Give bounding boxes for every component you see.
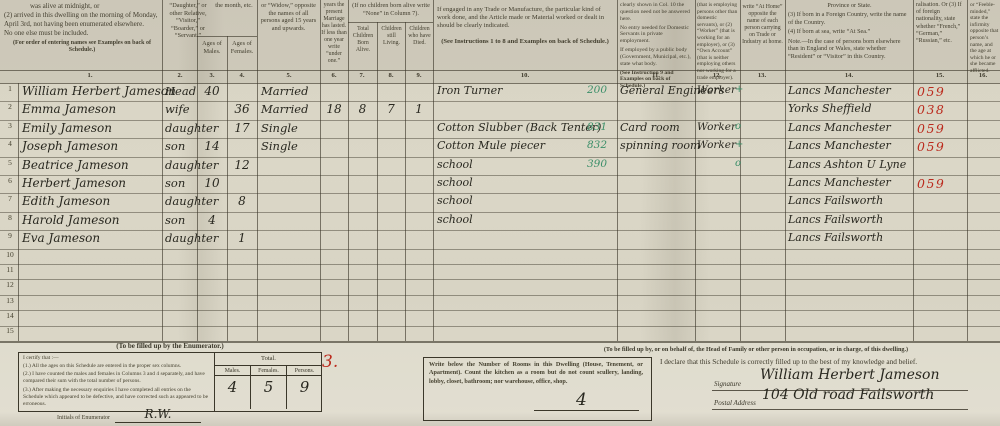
table-row: 4Joseph Jamesonson14SingleCotton Mule pi…	[0, 138, 1000, 156]
header-col2: “Daughter,” or other Relative, “Visitor,…	[164, 2, 212, 40]
persons-value: 9	[287, 376, 322, 396]
cell-age-f: 12	[228, 158, 256, 172]
cell-occupation: Iron Turner	[437, 84, 587, 97]
cell-birthplace: Lancs Manchester	[788, 176, 914, 189]
rooms-value: 4	[576, 390, 587, 410]
empty-table-row: 10	[0, 249, 1000, 264]
header-col16: or “Feeble-minded,” state the infirmity …	[970, 2, 999, 75]
cell-num: 12	[3, 280, 17, 289]
females-value: 5	[251, 376, 286, 396]
certify-item-2: (2.) I have counted the males and female…	[23, 371, 211, 385]
cell-num: 5	[3, 158, 17, 167]
empty-table-row: 15	[0, 325, 1000, 340]
column-number: 16.	[979, 72, 987, 79]
cell-emp-mark: +	[735, 84, 747, 95]
postal-address-label: Postal Address	[714, 399, 756, 407]
header-col6: years the present Marriage has lasted. I…	[321, 2, 347, 65]
header-col9: Children who have Died.	[407, 26, 432, 47]
header-col3: Ages of Males.	[198, 40, 226, 55]
schedule-rows: 1William Herbert JamesonHead40MarriedIro…	[0, 83, 1000, 341]
cell-industry: spinning room	[620, 139, 700, 152]
cell-name: Edith Jameson	[22, 194, 162, 208]
column-number: 4.	[240, 72, 245, 79]
cell-occ-code: 390	[580, 158, 614, 170]
table-row: 2Emma Jamesonwife36Married18871Yorks She…	[0, 101, 1000, 119]
postal-address-line	[712, 409, 968, 410]
header-col15: ralisation. Or (3) If of foreign nationa…	[916, 2, 966, 45]
signature-label: Signature	[714, 380, 741, 388]
cell-age-m: 14	[198, 139, 226, 153]
enumerator-certification: I certify that :— (1.) All the ages on t…	[23, 355, 211, 424]
cell-relationship: wife	[165, 102, 209, 116]
table-row: 6Herbert Jamesonson10schoolLancs Manches…	[0, 175, 1000, 193]
column-number: 3.	[210, 72, 215, 79]
cell-children-died: 1	[406, 102, 432, 116]
cell-occupation: school	[437, 176, 587, 189]
certify-item-3: (3.) After making the necessary enquirie…	[23, 387, 211, 408]
cell-occupation: Cotton Mule piecer	[437, 139, 587, 152]
cell-name: Emma Jameson	[22, 102, 162, 116]
cell-occupation: Cotton Slubber (Back Tenter)	[437, 121, 587, 134]
header-col7: Total Children Born Alive.	[350, 26, 376, 54]
cell-name: Harold Jameson	[22, 213, 162, 227]
header-col8: Children still Living.	[379, 26, 404, 47]
grid-hline	[348, 22, 433, 23]
empty-table-row: 14	[0, 310, 1000, 325]
initials-line: R.W.	[115, 409, 201, 423]
header-col7-9-top: (If no children born alive write “None” …	[350, 2, 432, 17]
header-col11-text3: If employed by a public body (Government…	[620, 47, 693, 68]
certify-item-1: (1.) All the ages on this Schedule are e…	[23, 363, 211, 370]
cell-num: 13	[3, 296, 17, 305]
column-number: 2.	[178, 72, 183, 79]
cell-birthplace: Lancs Manchester	[788, 139, 914, 152]
cell-birthplace: Lancs Failsworth	[788, 231, 914, 244]
header-col3-4-top: the month, etc.	[212, 2, 256, 10]
cell-name: Herbert Jameson	[22, 176, 162, 190]
cell-age-f: 17	[228, 121, 256, 135]
cell-num: 1	[3, 84, 17, 93]
household-section-title: (To be filled up by, or on behalf of, th…	[512, 346, 1000, 353]
table-row: 3Emily Jamesondaughter17SingleCotton Slu…	[0, 120, 1000, 138]
cell-birthplace: Lancs Failsworth	[788, 213, 914, 226]
rooms-instructions: Write below the Number of Rooms in this …	[429, 361, 643, 386]
header-col14-text3: (4) If born at sea, write “At Sea.”	[788, 28, 911, 35]
enumerator-section-title: (To be filled up by the Enumerator.)	[0, 342, 340, 350]
cell-num: 8	[3, 213, 17, 222]
cell-relationship: daughter	[165, 231, 209, 245]
table-row: 5Beatrice Jamesondaughter12school390oLan…	[0, 157, 1000, 175]
header-col14-text2: (3) If born in a Foreign Country, write …	[788, 11, 911, 26]
declaration-text: I declare that this Schedule is correctl…	[660, 357, 996, 366]
rooms-box: Write below the Number of Rooms in this …	[423, 357, 652, 421]
column-number: 9.	[417, 72, 422, 79]
cell-occupation: school	[437, 213, 587, 226]
cell-relationship: daughter	[165, 158, 209, 172]
cell-num: 2	[3, 102, 17, 111]
empty-table-row: 12	[0, 279, 1000, 294]
cell-employment: Worker	[697, 84, 735, 96]
table-row: 9Eva Jamesondaughter1Lancs Failsworth	[0, 230, 1000, 248]
cell-name: Eva Jameson	[22, 231, 162, 245]
cell-birth-code: 059	[917, 121, 953, 136]
column-number: 5.	[287, 72, 292, 79]
header-col1: was alive at midnight, or (2) arrived in…	[4, 2, 160, 57]
cell-age-f: 1	[228, 231, 256, 245]
cell-occupation: school	[437, 194, 587, 207]
totals-females: Females. 5	[251, 366, 287, 409]
enumerator-initials-row: Initials of Enumerator R.W.	[23, 409, 211, 423]
cell-emp-mark: +	[735, 139, 747, 150]
cell-emp-mark: o	[735, 158, 747, 169]
cell-marital: Single	[261, 139, 319, 153]
header-col1-line4: (For order of entering names see Example…	[4, 40, 160, 54]
males-value: 4	[215, 376, 250, 396]
enumerator-initials: R.W.	[145, 407, 172, 421]
cell-name: Joseph Jameson	[22, 139, 162, 153]
column-number: 14.	[845, 72, 853, 79]
cell-num: 11	[3, 265, 17, 274]
certify-intro: I certify that :—	[23, 355, 211, 362]
cell-marital: Married	[261, 102, 319, 116]
cell-birthplace: Lancs Failsworth	[788, 194, 914, 207]
cell-emp-mark: o	[735, 121, 747, 132]
grid-hline	[197, 36, 257, 37]
cell-birth-code: 059	[917, 84, 953, 99]
cell-marital: Single	[261, 121, 319, 135]
header-col1-line2: (2) arrived in this dwelling on the morn…	[4, 11, 160, 28]
cell-birthplace: Yorks Sheffield	[788, 102, 914, 115]
cell-years-married: 18	[321, 102, 347, 116]
cell-industry: General Engineers	[620, 84, 700, 97]
totals-males: Males. 4	[215, 366, 251, 409]
cell-birthplace: Lancs Ashton U Lyne	[788, 158, 914, 171]
totals-persons: Persons. 9	[287, 366, 322, 409]
cell-relationship: daughter	[165, 194, 209, 208]
enumerator-box: I certify that :— (1.) All the ages on t…	[18, 352, 322, 412]
cell-num: 7	[3, 194, 17, 203]
cell-employment: Worker	[697, 139, 735, 151]
totals-table: Total. Males. 4 Females. 5 Persons. 9	[214, 353, 322, 411]
cell-age-m: 10	[198, 176, 226, 190]
red-annotation: 3.	[322, 352, 338, 372]
header-col11: clearly shown in Col. 10 the question ne…	[620, 2, 693, 93]
cell-marital: Married	[261, 84, 319, 98]
empty-table-row: 13	[0, 295, 1000, 310]
header-col11-text1: clearly shown in Col. 10 the question ne…	[620, 2, 693, 23]
cell-age-f: 8	[228, 194, 256, 208]
column-number: 15.	[936, 72, 944, 79]
table-row: 1William Herbert JamesonHead40MarriedIro…	[0, 83, 1000, 101]
header-col11-text2: No entry needed for Domestic Servants in…	[620, 25, 693, 46]
cell-name: Emily Jameson	[22, 121, 162, 135]
cell-name: William Herbert Jameson	[22, 84, 162, 98]
cell-age-f: 36	[228, 102, 256, 116]
cell-industry: Card room	[620, 121, 700, 134]
cell-birth-code: 059	[917, 176, 953, 191]
initials-label: Initials of Enumerator	[57, 415, 110, 423]
cell-occ-code: 832	[580, 139, 614, 151]
cell-employment: Worker	[697, 121, 735, 133]
cell-occupation: school	[437, 158, 587, 171]
cell-num: 3	[3, 121, 17, 130]
cell-occ-code: 831	[580, 121, 614, 133]
rooms-answer-line	[534, 410, 639, 411]
column-number: 7.	[360, 72, 365, 79]
cell-name: Beatrice Jameson	[22, 158, 162, 172]
cell-num: 15	[3, 326, 17, 335]
header-col1-line3: No one else must be included.	[4, 29, 160, 37]
header-col14: Province or State. (3) If born in a Fore…	[788, 2, 911, 63]
header-col14-note: Note.—In the case of persons born elsewh…	[788, 38, 911, 60]
header-col10-text: If engaged in any Trade or Manufacture, …	[437, 6, 613, 30]
cell-birth-code: 038	[917, 102, 953, 117]
column-number: 11.	[652, 72, 660, 79]
persons-label: Persons.	[287, 366, 322, 376]
totals-header: Total.	[215, 353, 322, 366]
males-label: Males.	[215, 366, 250, 376]
column-number: 8.	[389, 72, 394, 79]
table-row: 7Edith Jamesondaughter8schoolLancs Fails…	[0, 193, 1000, 211]
grid-hline	[0, 70, 1000, 71]
cell-num: 4	[3, 139, 17, 148]
header-col4: Ages of Females.	[228, 40, 256, 55]
cell-num: 10	[3, 250, 17, 259]
cell-relationship: daughter	[165, 121, 209, 135]
cell-occ-code: 200	[580, 84, 614, 96]
cell-birth-code: 059	[917, 139, 953, 154]
header-col5: or “Widow,” opposite the names of all pe…	[259, 2, 318, 32]
column-number: 6.	[332, 72, 337, 79]
cell-children-born: 8	[349, 102, 376, 116]
table-row: 8Harold Jamesonson4schoolLancs Failswort…	[0, 212, 1000, 230]
column-number: 1.	[88, 72, 93, 79]
header-col13: write “At Home” opposite the name of eac…	[742, 4, 783, 46]
census-schedule-scan: was alive at midnight, or (2) arrived in…	[0, 0, 1000, 426]
cell-birthplace: Lancs Manchester	[788, 121, 914, 134]
totals-columns: Males. 4 Females. 5 Persons. 9	[215, 366, 322, 409]
females-label: Females.	[251, 366, 286, 376]
cell-num: 14	[3, 311, 17, 320]
cell-age-m: 4	[198, 213, 226, 227]
header-col1-line1: was alive at midnight, or	[4, 2, 160, 10]
header-col10-note: (See Instructions 1 to 8 and Examples on…	[437, 38, 613, 46]
header-col14-text1: Province or State.	[788, 2, 911, 9]
cell-children-living: 7	[378, 102, 404, 116]
cell-birthplace: Lancs Manchester	[788, 84, 914, 97]
header-col10: If engaged in any Trade or Manufacture, …	[437, 6, 613, 49]
cell-num: 6	[3, 176, 17, 185]
empty-table-row: 11	[0, 264, 1000, 279]
column-number: 13.	[758, 72, 766, 79]
column-number: 10.	[521, 72, 529, 79]
signature-value: William Herbert Jameson	[760, 367, 939, 383]
cell-num: 9	[3, 231, 17, 240]
postal-address-value: 104 Old road Failsworth	[762, 387, 934, 403]
cell-age-m: 40	[198, 84, 226, 98]
column-number: 12.	[713, 72, 721, 79]
